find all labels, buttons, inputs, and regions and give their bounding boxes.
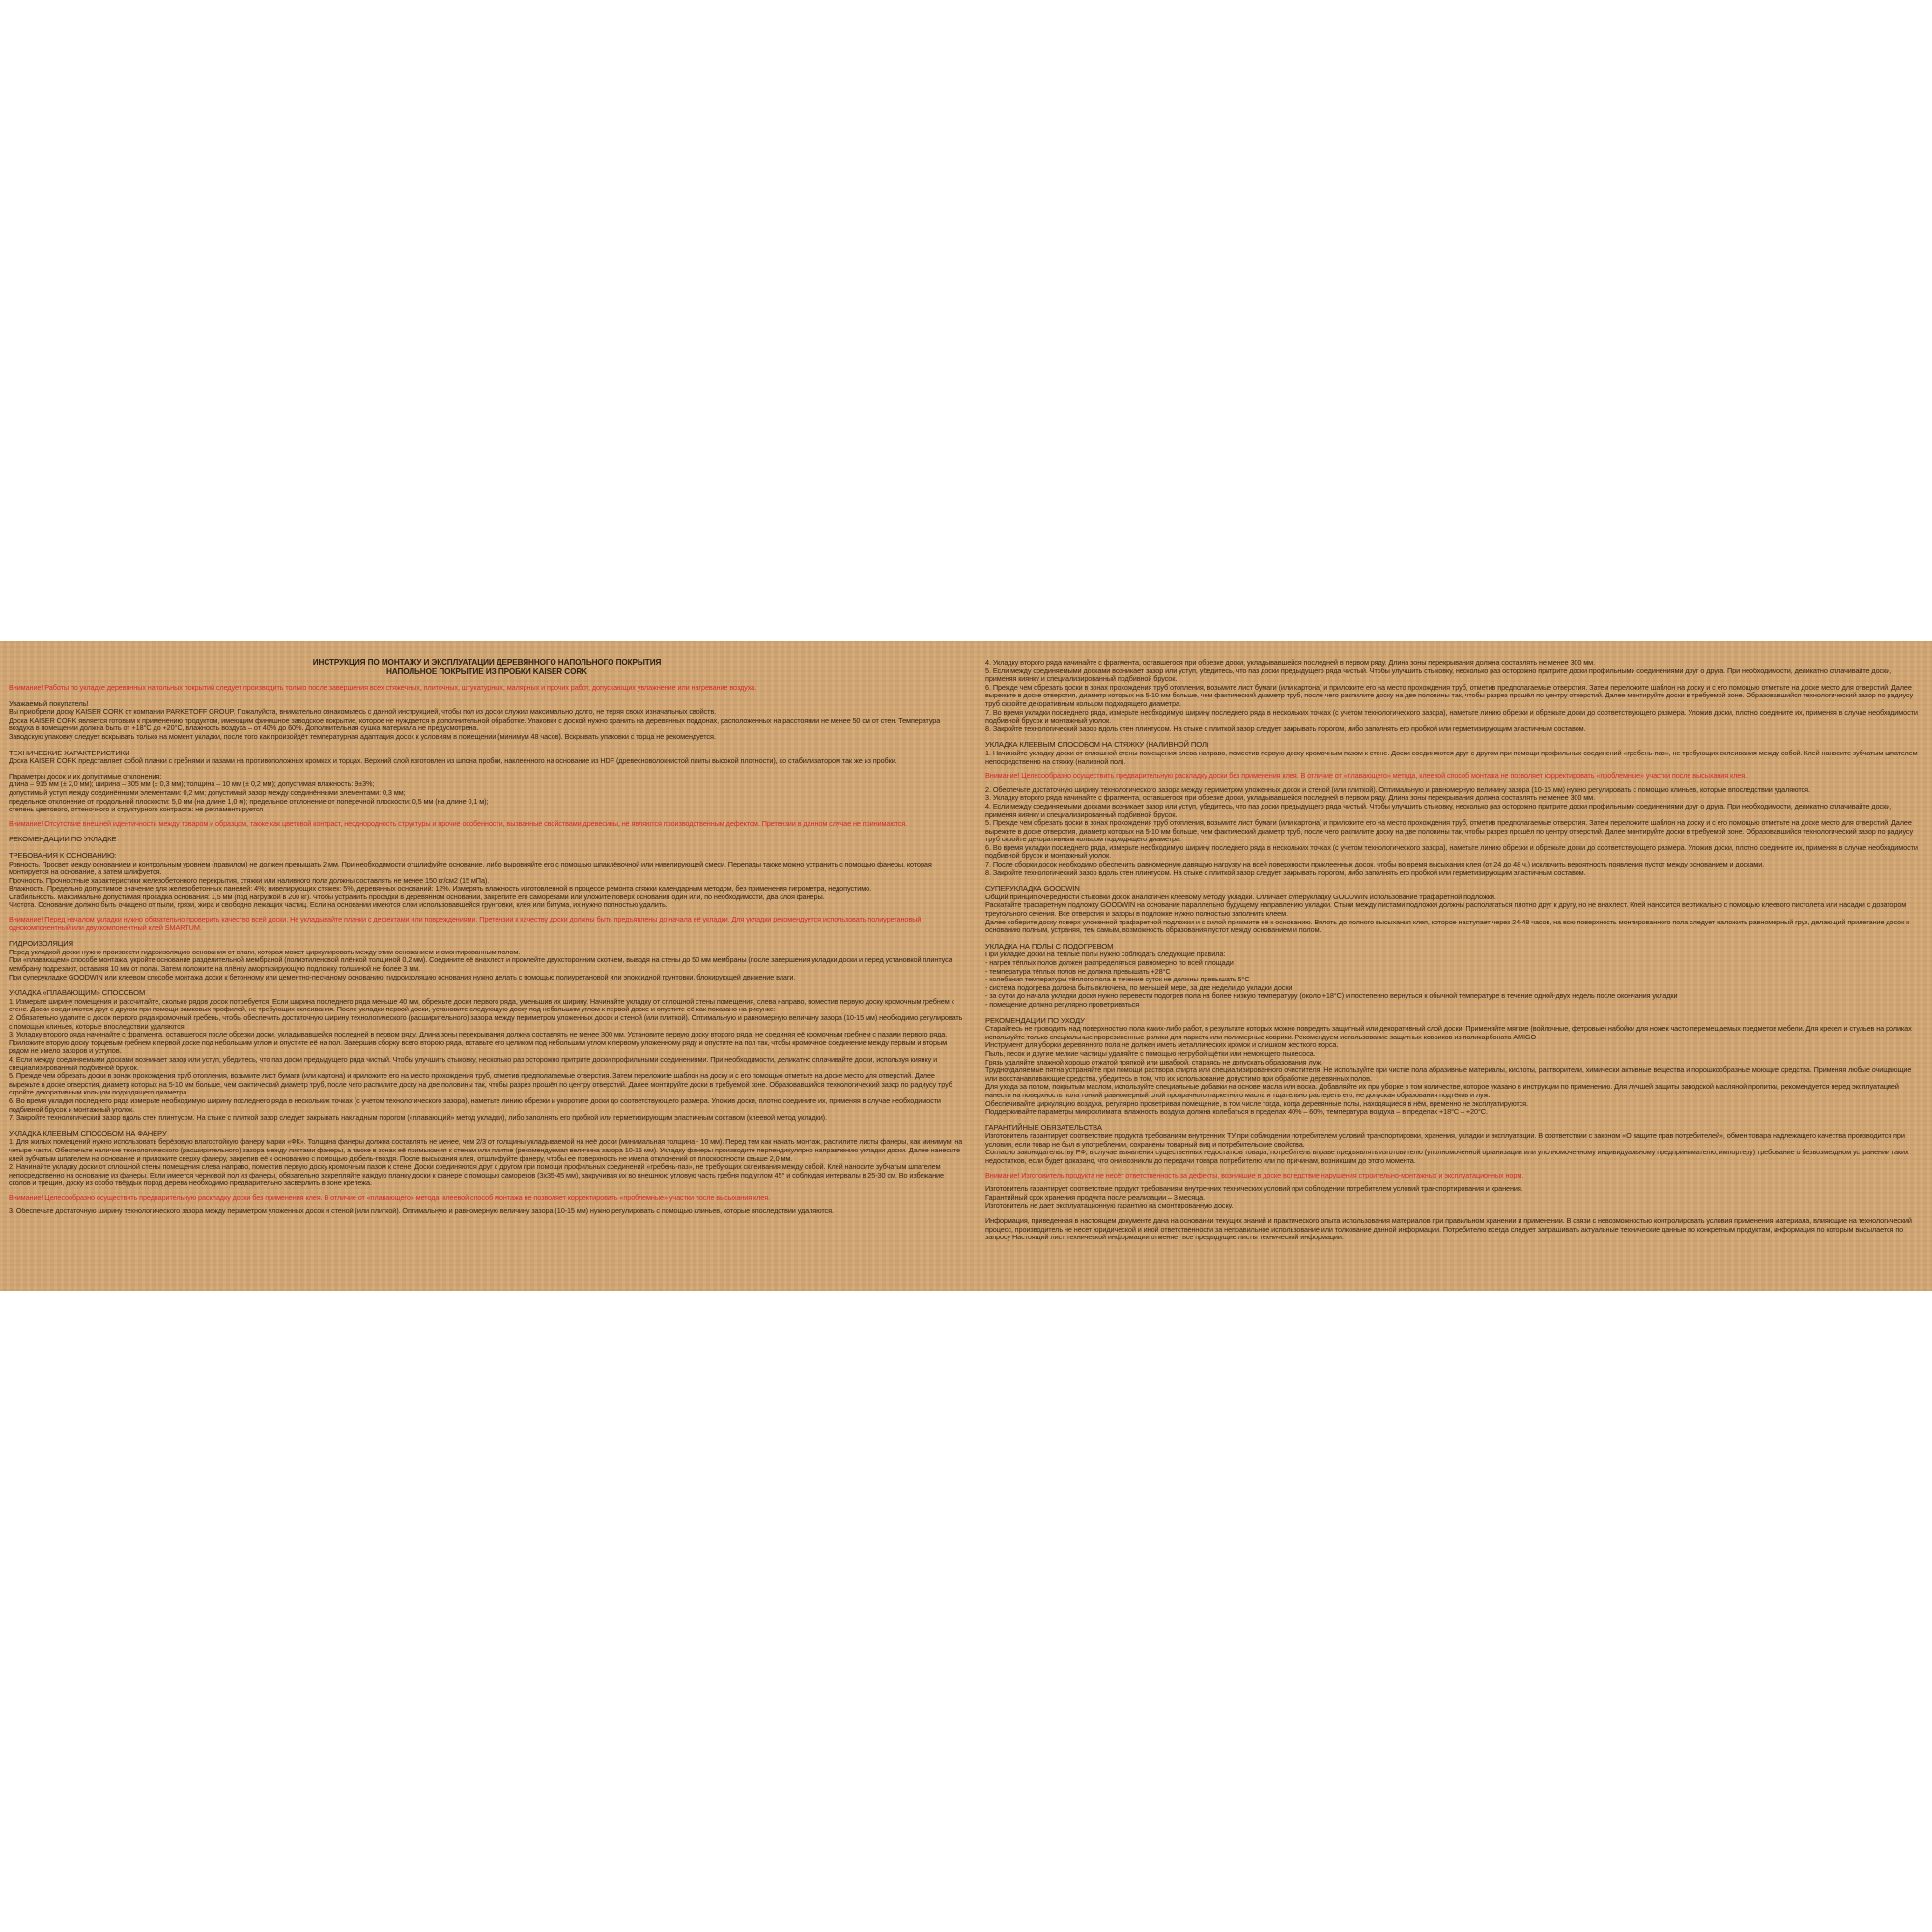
greeting-paragraph: Доска KAISER CORK является готовым к при… bbox=[9, 717, 965, 733]
plywood-step: 5. Если между соединяемыми досками возни… bbox=[985, 668, 1924, 684]
care-item: Для ухода за полом, покрытым маслом, исп… bbox=[985, 1083, 1924, 1099]
plywood-step: 3. Обеспечьте достаточную ширину техноло… bbox=[9, 1207, 965, 1216]
floating-step: 6. Во время укладки последнего ряда изме… bbox=[9, 1097, 965, 1114]
base-item: Ровность. Просвет между основанием и кон… bbox=[9, 861, 965, 877]
info-paragraph: Информация, приведенная в настоящем доку… bbox=[985, 1217, 1924, 1242]
plywood-step: 1. Для жилых помещений нужно использоват… bbox=[9, 1138, 965, 1163]
title-line-1: ИНСТРУКЦИЯ ПО МОНТАЖУ И ЭКСПЛУАТАЦИИ ДЕР… bbox=[9, 658, 965, 668]
hydro-item: При «плавающем» способе монтажа, укройте… bbox=[9, 956, 965, 973]
floating-step: 4. Если между соединяемыми досками возни… bbox=[9, 1056, 965, 1072]
floating-step: 1. Измерьте ширину помещения и рассчитай… bbox=[9, 998, 965, 1014]
floating-step: 2. Обязательно удалите с досок первого р… bbox=[9, 1014, 965, 1031]
plywood-step: 7. Во время укладки последнего ряда, изм… bbox=[985, 709, 1924, 725]
goodwin-item: Раскатайте трафаретную подложку GOODWIN … bbox=[985, 901, 1924, 918]
param-line: степень цветового, оттеночного и структу… bbox=[9, 806, 965, 814]
warning-identity: Внимание! Отсутствие внешней идентичност… bbox=[9, 820, 965, 829]
care-item: Поддерживайте параметры микроклимата: вл… bbox=[985, 1108, 1924, 1117]
floating-step: 5. Прежде чем обрезать доски в зонах про… bbox=[9, 1072, 965, 1097]
screed-step: 5. Прежде чем обрезать доски в зонах про… bbox=[985, 819, 1924, 844]
heated-rule: - помещение должно регулярно проветриват… bbox=[985, 1001, 1924, 1009]
instruction-sheet: ИНСТРУКЦИЯ ПО МОНТАЖУ И ЭКСПЛУАТАЦИИ ДЕР… bbox=[0, 641, 1932, 1291]
warning-quality: Внимание! Перед началом укладки нужно об… bbox=[9, 916, 965, 932]
greeting-paragraph: Заводскую упаковку следует вскрывать тол… bbox=[9, 733, 965, 742]
warning-glue: Внимание! Целесообразно осуществить пред… bbox=[9, 1194, 965, 1203]
guarantee-item: Изготовитель не дает эксплуатационную га… bbox=[985, 1202, 1924, 1210]
care-item: Старайтесь не проводить над поверхностью… bbox=[985, 1025, 1924, 1041]
warning-top: Внимание! Работы по укладке деревянных н… bbox=[9, 684, 965, 693]
warranty-item: Изготовитель гарантирует соответствие пр… bbox=[985, 1132, 1924, 1149]
screed-step: 4. Если между соединяемыми досками возни… bbox=[985, 803, 1924, 819]
recommend-heading: РЕКОМЕНДАЦИИ ПО УКЛАДКЕ bbox=[9, 836, 965, 844]
warranty-item: Согласно законодательству РФ, в случае в… bbox=[985, 1149, 1924, 1165]
floating-step: 7. Закройте технологический зазор вдоль … bbox=[9, 1114, 965, 1122]
plywood-step: 6. Прежде чем обрезать доски в зонах про… bbox=[985, 684, 1924, 709]
care-item: Трудноудаляемые пятна устраняйте при пом… bbox=[985, 1066, 1924, 1083]
title-line-2: НАПОЛЬНОЕ ПОКРЫТИЕ ИЗ ПРОБКИ KAISER CORK bbox=[9, 668, 965, 677]
base-item: Чистота. Основание должно быть очищено о… bbox=[9, 901, 965, 910]
plywood-step: 8. Закройте технологический зазор вдоль … bbox=[985, 725, 1924, 734]
screed-step: 6. Во время укладки последнего ряда, изм… bbox=[985, 844, 1924, 861]
left-column: ИНСТРУКЦИЯ ПО МОНТАЖУ И ЭКСПЛУАТАЦИИ ДЕР… bbox=[9, 641, 965, 1216]
floating-step: 3. Укладку второго ряда начинайте с фраг… bbox=[9, 1031, 965, 1056]
warning-liability: Внимание! Изготовитель продукта не несёт… bbox=[985, 1172, 1924, 1180]
tech-text: Доска KAISER CORK представляет собой пла… bbox=[9, 757, 965, 766]
screed-step: 8. Закройте технологический зазор вдоль … bbox=[985, 869, 1924, 878]
warning-glue-screed: Внимание! Целесообразно осуществить пред… bbox=[985, 772, 1924, 781]
right-column: 4. Укладку второго ряда начинайте с фраг… bbox=[985, 659, 1924, 1242]
hydro-item: При суперукладке GOODWIN или клеевом спо… bbox=[9, 974, 965, 982]
document-title: ИНСТРУКЦИЯ ПО МОНТАЖУ И ЭКСПЛУАТАЦИИ ДЕР… bbox=[9, 658, 965, 676]
goodwin-item: Далее соберите доску поверх уложенной тр… bbox=[985, 919, 1924, 935]
plywood-step: 2. Начинайте укладку доски от сплошной с… bbox=[9, 1163, 965, 1188]
screed-step: 1. Начинайте укладку доски от сплошной с… bbox=[985, 750, 1924, 766]
